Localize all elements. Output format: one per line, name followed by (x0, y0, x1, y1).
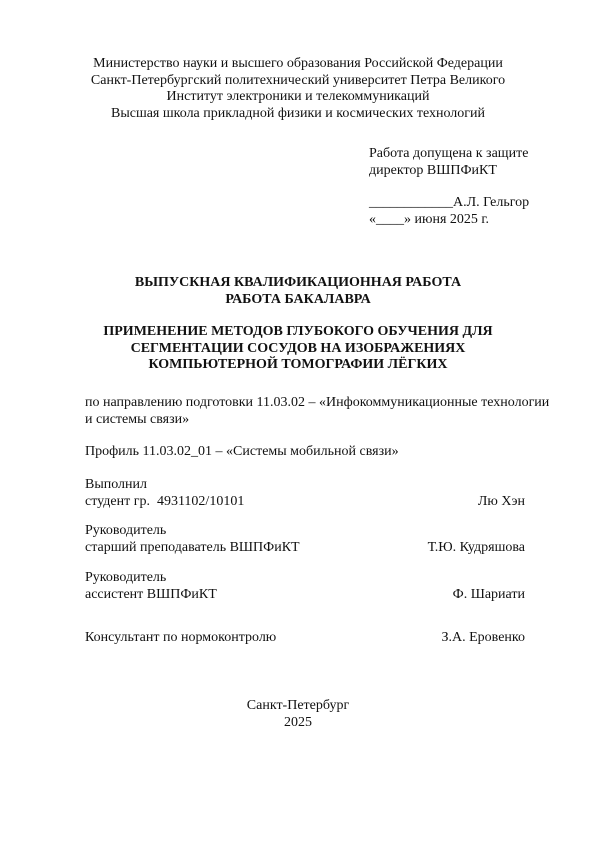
title-block: ВЫПУСКНАЯ КВАЛИФИКАЦИОННАЯ РАБОТА РАБОТА… (0, 275, 596, 374)
ministry-line: Министерство науки и высшего образования… (0, 56, 596, 73)
direction-line: и системы связи» (85, 412, 525, 429)
signatory-author: Выполнил студент гр. 4931102/10101 Лю Хэ… (85, 477, 525, 510)
year: 2025 (0, 715, 596, 732)
direction-line: по направлению подготовки 11.03.02 – «Ин… (85, 395, 525, 412)
signatory-role: Выполнил (85, 477, 525, 494)
signatory-supervisor: Руководитель старший преподаватель ВШПФи… (85, 523, 525, 556)
institute-line: Институт электроники и телекоммуникаций (0, 89, 596, 106)
university-line: Санкт-Петербургский политехнический унив… (0, 73, 596, 90)
approver-signature: ____________А.Л. Гельгор (369, 195, 529, 212)
school-line: Высшая школа прикладной физики и космиче… (0, 106, 596, 123)
topic-line: ПРИМЕНЕНИЕ МЕТОДОВ ГЛУБОКОГО ОБУЧЕНИЯ ДЛ… (0, 324, 596, 341)
signatory-position: ассистент ВШПФиКТ (85, 587, 217, 604)
signatory-role: Руководитель (85, 570, 525, 587)
signatory-name: Ф. Шариати (453, 587, 525, 604)
signatory-name: Т.Ю. Кудряшова (428, 540, 525, 557)
approval-date: «____» июня 2025 г. (369, 212, 529, 229)
approval-text: Работа допущена к защите (369, 146, 529, 163)
signatory-position: студент гр. 4931102/10101 (85, 494, 244, 511)
signatory-co-supervisor: Руководитель ассистент ВШПФиКТ Ф. Шариат… (85, 570, 525, 603)
signatory-position: старший преподаватель ВШПФиКТ (85, 540, 300, 557)
work-type: ВЫПУСКНАЯ КВАЛИФИКАЦИОННАЯ РАБОТА (0, 275, 596, 292)
footer-block: Санкт-Петербург 2025 (0, 698, 596, 731)
study-profile: Профиль 11.03.02_01 – «Системы мобильной… (85, 444, 399, 461)
institution-header: Министерство науки и высшего образования… (0, 56, 596, 122)
city: Санкт-Петербург (0, 698, 596, 715)
signatory-name: З.А. Еровенко (441, 630, 525, 647)
signatory-name: Лю Хэн (478, 494, 525, 511)
topic-line: СЕГМЕНТАЦИИ СОСУДОВ НА ИЗОБРАЖЕНИЯХ (0, 341, 596, 358)
signatory-position: Консультант по нормоконтролю (85, 630, 276, 647)
topic-line: КОМПЬЮТЕРНОЙ ТОМОГРАФИИ ЛЁГКИХ (0, 357, 596, 374)
study-direction: по направлению подготовки 11.03.02 – «Ин… (85, 395, 525, 428)
approval-block: Работа допущена к защите директор ВШПФиК… (369, 146, 529, 228)
signatory-norm-control: Консультант по нормоконтролю З.А. Еровен… (85, 630, 525, 647)
degree-type: РАБОТА БАКАЛАВРА (0, 292, 596, 309)
signatory-role: Руководитель (85, 523, 525, 540)
approver-position: директор ВШПФиКТ (369, 163, 529, 180)
